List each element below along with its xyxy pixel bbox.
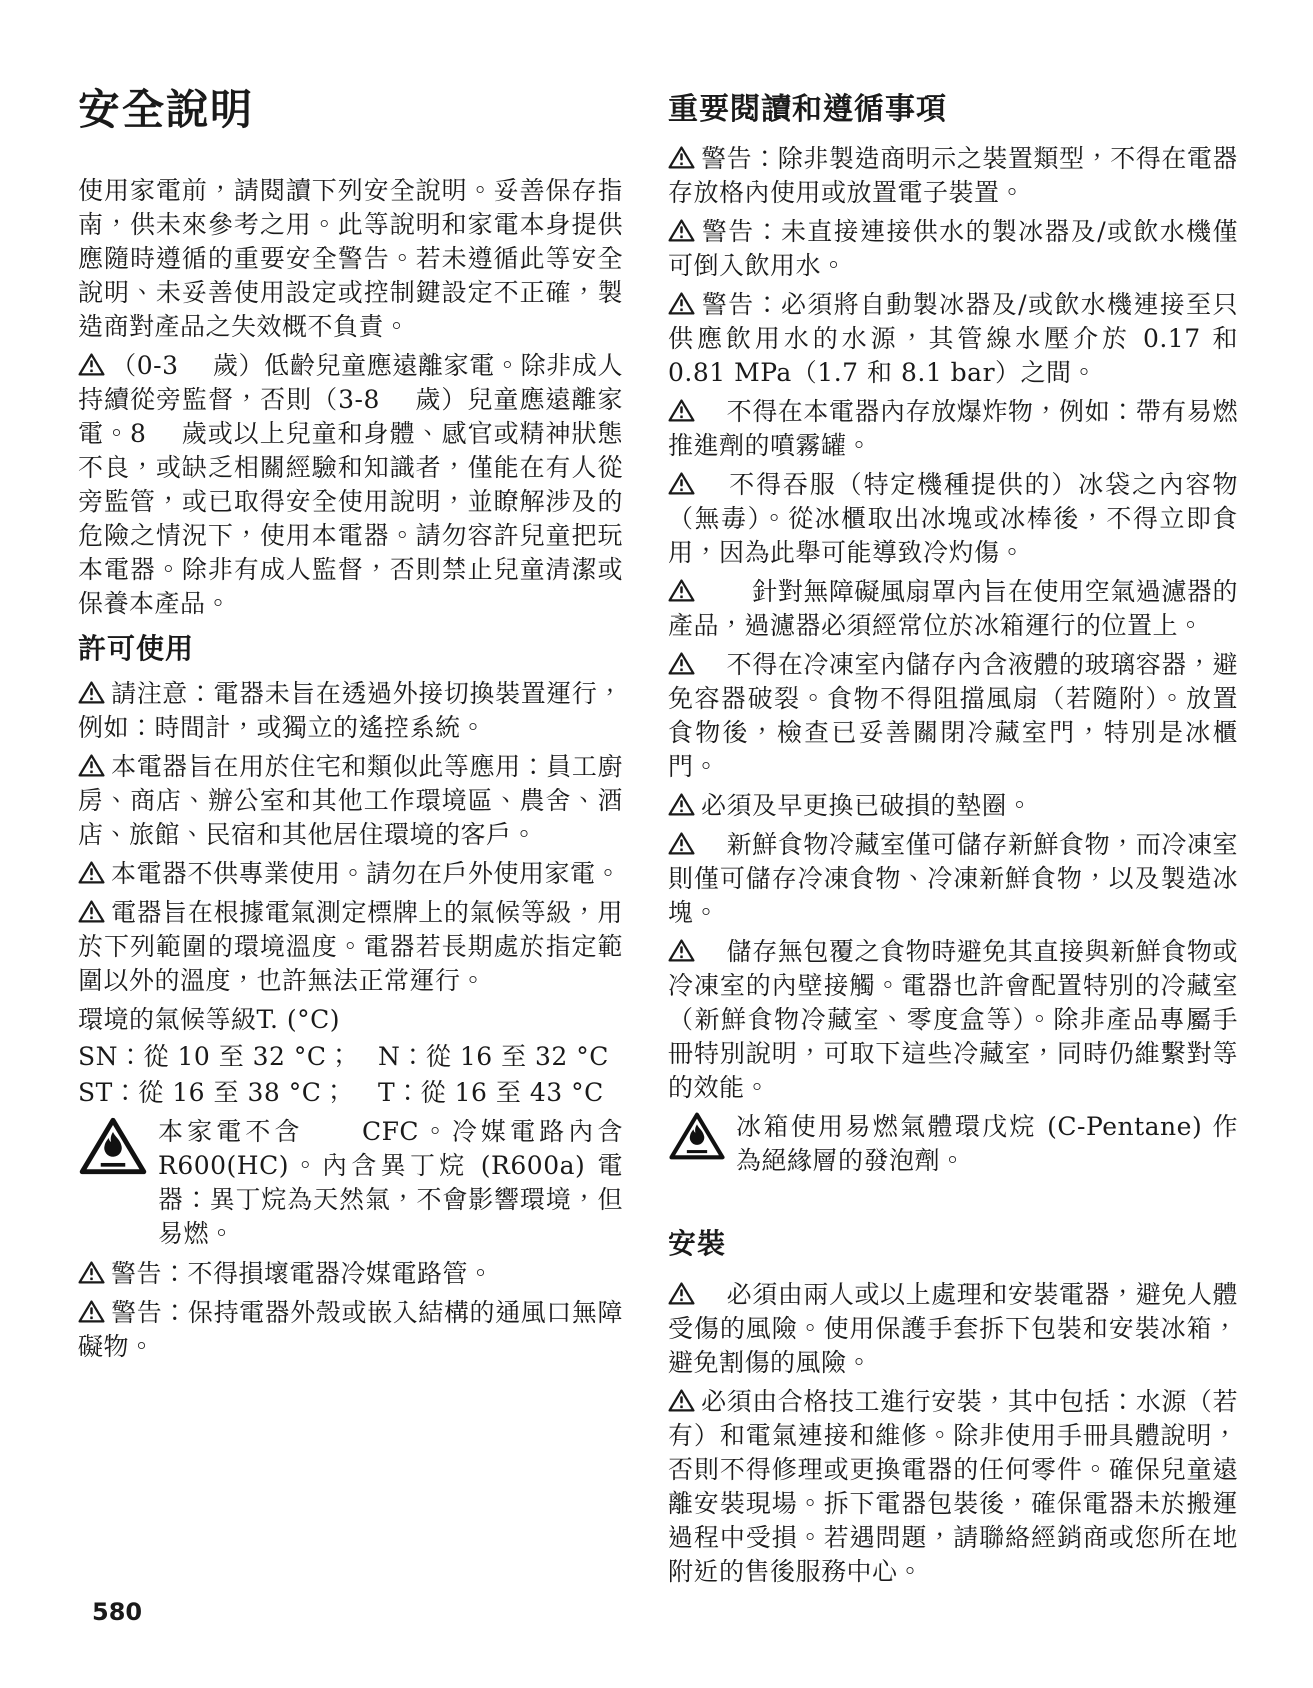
fresh-food-paragraph: 新鮮食物冷藏室僅可儲存新鮮食物，而冷凍室則僅可儲存冷凍食物、冷凍新鮮食物，以及製… [668, 828, 1238, 930]
two-people-paragraph: 必須由兩人或以上處理和安裝電器，避免人體受傷的風險。使用保護手套拆下包裝和安裝冰… [668, 1278, 1238, 1380]
non-professional-paragraph: 本電器不供專業使用。請勿在戶外使用家電。 [78, 857, 623, 891]
important-read-section: 重要閱讀和遵循事項 警告：除非製造商明示之裝置類型，不得在電器存放格內使用或放置… [668, 86, 1238, 1594]
warning-icon [668, 831, 695, 856]
warning-icon [668, 1281, 695, 1306]
explosives-paragraph: 不得在本電器內存放爆炸物，例如：帶有易燃推進劑的噴霧罐。 [668, 395, 1238, 463]
permitted-use-heading: 許可使用 [78, 629, 623, 669]
paragraph-text: 本家電不含 CFC。冷媒電路內含R600(HC)。內含異丁烷 (R600a) 電… [158, 1115, 623, 1251]
warning-icon [668, 291, 695, 316]
paragraph-text: 新鮮食物冷藏室僅可儲存新鮮食物，而冷凍室則僅可儲存冷凍食物、冷凍新鮮食物，以及製… [668, 830, 1238, 927]
paragraph-text: 儲存無包覆之食物時避免其直接與新鮮食物或冷凍室的內壁接觸。電器也許會配置特別的冷… [668, 937, 1238, 1102]
important-read-heading: 重要閱讀和遵循事項 [668, 90, 1238, 130]
paragraph-text: 必須由合格技工進行安裝，其中包括：水源（若有）和電氣連接和維修。除非使用手冊具體… [668, 1387, 1238, 1586]
icemaker-warning: 警告：未直接連接供水的製冰器及/或飲水機僅可倒入飲用水。 [668, 215, 1238, 283]
document-page: 安全說明 使用家電前，請閱讀下列安全說明。妥善保存指南，供未來參考之用。此等說明… [0, 0, 1313, 1688]
refrigerant-flammable-paragraph: 本家電不含 CFC。冷媒電路內含R600(HC)。內含異丁烷 (R600a) 電… [78, 1115, 623, 1251]
intro-paragraph: 使用家電前，請閱讀下列安全說明。妥善保存指南，供未來參考之用。此等說明和家電本身… [78, 174, 623, 344]
warning-icon [668, 578, 695, 603]
warning-icon [668, 145, 695, 170]
ice-packs-paragraph: 不得吞服（特定機種提供的）冰袋之內容物（無毒）。從冰櫃取出冰塊或冰棒後，不得立即… [668, 468, 1238, 570]
warning-icon [668, 938, 695, 963]
paragraph-text: 本電器旨在用於住宅和類似此等應用：員工廚房、商店、辦公室和其他工作環境區、農舍、… [78, 752, 623, 849]
climate-row-1: SN：從 10 至 32 °C； N：從 16 至 32 °C [78, 1039, 623, 1075]
warning-icon [668, 1388, 695, 1413]
paragraph-text: 使用家電前，請閱讀下列安全說明。妥善保存指南，供未來參考之用。此等說明和家電本身… [78, 176, 623, 341]
paragraph-text: （0-3 歲）低齡兒童應遠離家電。除非成人持續從旁監督，否則（3-8 歲）兒童應… [78, 351, 623, 618]
warning-icon [668, 218, 695, 243]
paragraph-text: 必須及早更換已破損的墊圈。 [701, 791, 1033, 820]
climate-class-t: T：從 16 至 43 °C [378, 1075, 623, 1111]
paragraph-text: 必須由兩人或以上處理和安裝電器，避免人體受傷的風險。使用保護手套拆下包裝和安裝冰… [668, 1280, 1238, 1377]
paragraph-text: 本電器不供專業使用。請勿在戶外使用家電。 [111, 859, 621, 888]
notice-paragraph: 請注意：電器未旨在透過外接切換裝置運行，例如：時間計，或獨立的遙控系統。 [78, 677, 623, 745]
warning-icon [668, 651, 695, 676]
warning-icon [78, 1299, 105, 1324]
paragraph-text: 警告：必須將自動製冰器及/或飲水機連接至只供應飲用水的水源，其管線水壓介於 0.… [668, 290, 1238, 387]
warning-icon [78, 899, 105, 924]
warning-icon [668, 471, 695, 496]
page-title: 安全說明 [78, 86, 623, 134]
climate-row-2: ST：從 16 至 38 °C； T：從 16 至 43 °C [78, 1075, 623, 1111]
air-filter-paragraph: 針對無障礙風扇罩內旨在使用空氣過濾器的產品，過濾器必須經常位於冰箱運行的位置上。 [668, 575, 1238, 643]
climate-class-paragraph: 電器旨在根據電氣測定標牌上的氣候等級，用於下列範圍的環境溫度。電器若長期處於指定… [78, 896, 623, 998]
paragraph-text: 不得在本電器內存放爆炸物，例如：帶有易燃推進劑的噴霧罐。 [668, 397, 1238, 460]
unwrapped-food-paragraph: 儲存無包覆之食物時避免其直接與新鮮食物或冷凍室的內壁接觸。電器也許會配置特別的冷… [668, 935, 1238, 1105]
ventilation-warning: 警告：保持電器外殼或嵌入結構的通風口無障礙物。 [78, 1296, 623, 1364]
warning-icon [668, 792, 695, 817]
paragraph-text: 針對無障礙風扇罩內旨在使用空氣過濾器的產品，過濾器必須經常位於冰箱運行的位置上。 [668, 577, 1238, 640]
installation-heading: 安裝 [668, 1224, 1238, 1264]
paragraph-text: 電器旨在根據電氣測定標牌上的氣候等級，用於下列範圍的環境溫度。電器若長期處於指定… [78, 898, 623, 995]
gasket-paragraph: 必須及早更換已破損的墊圈。 [668, 789, 1238, 823]
warning-icon [78, 352, 105, 377]
paragraph-text: 不得在冷凍室內儲存內含液體的玻璃容器，避免容器破裂。食物不得阻擋風扇（若隨附）。… [668, 650, 1238, 781]
warning-icon [78, 680, 105, 705]
refrigerant-circuit-warning: 警告：不得損壞電器冷媒電路管。 [78, 1257, 623, 1291]
warning-icon [78, 1260, 105, 1285]
warning-icon [668, 398, 695, 423]
water-pressure-warning: 警告：必須將自動製冰器及/或飲水機連接至只供應飲用水的水源，其管線水壓介於 0.… [668, 288, 1238, 390]
safety-instructions-section: 安全說明 使用家電前，請閱讀下列安全說明。妥善保存指南，供未來參考之用。此等說明… [78, 86, 623, 1594]
paragraph-text: 不得吞服（特定機種提供的）冰袋之內容物（無毒）。從冰櫃取出冰塊或冰棒後，不得立即… [668, 470, 1238, 567]
page-number: 580 [92, 1598, 142, 1626]
two-column-layout: 安全說明 使用家電前，請閱讀下列安全說明。妥善保存指南，供未來參考之用。此等說明… [78, 86, 1238, 1594]
paragraph-text: 冰箱使用易燃氣體環戊烷 (C-Pentane) 作為絕緣層的發泡劑。 [736, 1110, 1238, 1178]
qualified-technician-paragraph: 必須由合格技工進行安裝，其中包括：水源（若有）和電氣連接和維修。除非使用手冊具體… [668, 1385, 1238, 1589]
flammable-icon [78, 1115, 148, 1177]
domestic-use-paragraph: 本電器旨在用於住宅和類似此等應用：員工廚房、商店、辦公室和其他工作環境區、農舍、… [78, 750, 623, 852]
climate-class-st: ST：從 16 至 38 °C； [78, 1075, 378, 1111]
paragraph-text: 警告：不得損壞電器冷媒電路管。 [111, 1259, 494, 1288]
climate-class-n: N：從 16 至 32 °C [378, 1039, 623, 1075]
cpentane-flammable-paragraph: 冰箱使用易燃氣體環戊烷 (C-Pentane) 作為絕緣層的發泡劑。 [668, 1110, 1238, 1178]
glass-containers-paragraph: 不得在冷凍室內儲存內含液體的玻璃容器，避免容器破裂。食物不得阻擋風扇（若隨附）。… [668, 648, 1238, 784]
paragraph-text: 警告：未直接連接供水的製冰器及/或飲水機僅可倒入飲用水。 [668, 217, 1238, 280]
child-safety-paragraph: （0-3 歲）低齡兒童應遠離家電。除非成人持續從旁監督，否則（3-8 歲）兒童應… [78, 349, 623, 621]
paragraph-text: 警告：保持電器外殼或嵌入結構的通風口無障礙物。 [78, 1298, 623, 1361]
electronic-devices-warning: 警告：除非製造商明示之裝置類型，不得在電器存放格內使用或放置電子裝置。 [668, 142, 1238, 210]
climate-class-label: 環境的氣候等級T. (°C) [78, 1003, 623, 1037]
warning-icon [78, 860, 105, 885]
flammable-icon [668, 1110, 726, 1162]
climate-class-sn: SN：從 10 至 32 °C； [78, 1039, 378, 1075]
warning-icon [78, 753, 105, 778]
paragraph-text: 警告：除非製造商明示之裝置類型，不得在電器存放格內使用或放置電子裝置。 [668, 144, 1238, 207]
paragraph-text: 請注意：電器未旨在透過外接切換裝置運行，例如：時間計，或獨立的遙控系統。 [78, 679, 623, 742]
